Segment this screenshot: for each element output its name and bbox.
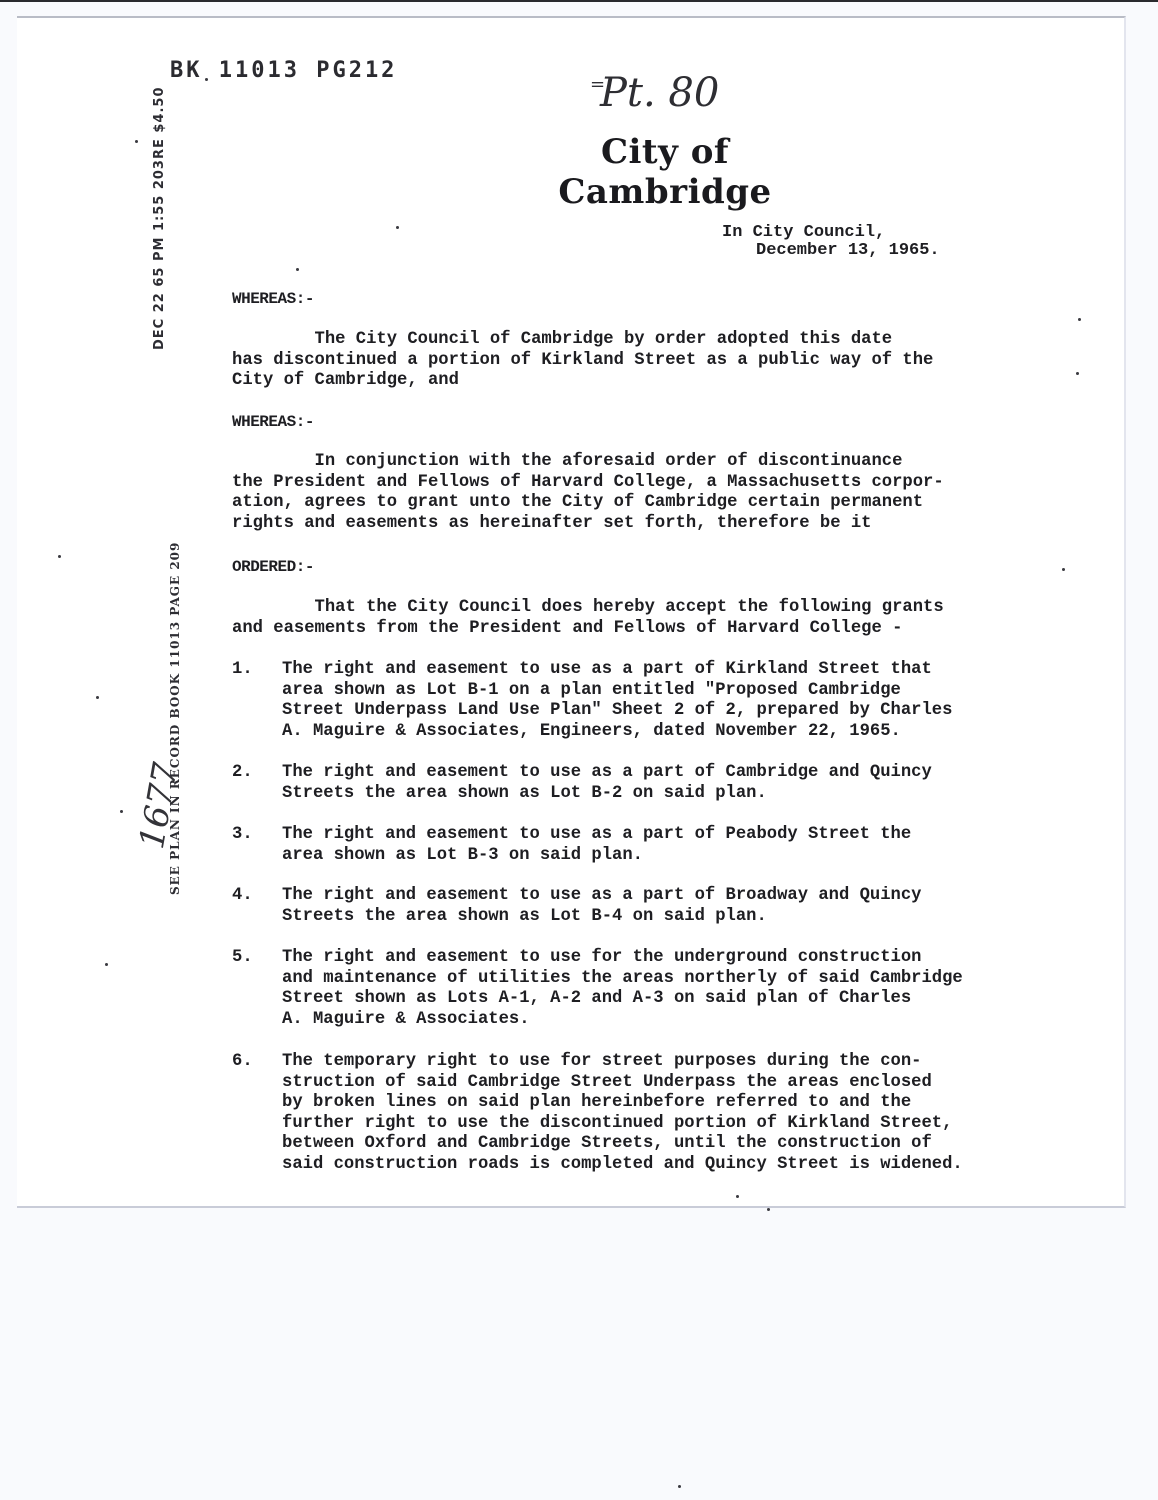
section-heading-whereas-1: WHEREAS:- <box>232 290 314 308</box>
scan-speck <box>120 810 123 813</box>
scan-speck <box>1062 568 1065 571</box>
scan-speck <box>135 140 138 143</box>
scan-speck <box>1076 372 1079 375</box>
section-body-ordered: That the City Council does hereby accept… <box>232 598 1082 639</box>
list-item-text: The right and easement to use as a part … <box>282 660 952 742</box>
handwritten-dash: = <box>590 74 605 95</box>
section-body-whereas-1: The City Council of Cambridge by order a… <box>232 330 1082 392</box>
section-heading-whereas-2: WHEREAS:- <box>232 413 314 431</box>
list-item-number: 3. <box>232 825 253 846</box>
list-item-number: 2. <box>232 763 253 784</box>
recorded-date-stamp: DEC 22 65 PM 1:55 203RE $4.50 <box>152 87 167 351</box>
council-date: In City Council, December 13, 1965. <box>722 224 940 260</box>
handwritten-annotation-text: Pt. 80 <box>600 70 719 116</box>
scan-speck <box>296 268 299 271</box>
scan-speck <box>205 78 208 81</box>
list-item-text: The right and easement to use as a part … <box>282 763 932 804</box>
scan-speck <box>736 1195 739 1198</box>
council-date-line2: December 13, 1965. <box>722 242 940 260</box>
scan-speck <box>105 963 108 966</box>
list-item-number: 6. <box>232 1052 253 1073</box>
letterhead-title: City of Cambridge <box>500 132 830 212</box>
scan-speck <box>767 1208 770 1211</box>
list-item-number: 1. <box>232 660 253 681</box>
list-item-text: The temporary right to use for street pu… <box>282 1052 963 1175</box>
scan-edge <box>0 0 1158 2</box>
handwritten-annotation: = Pt. 80 <box>600 70 719 116</box>
scan-speck <box>96 696 99 699</box>
section-body-whereas-2: In conjunction with the aforesaid order … <box>232 452 1082 534</box>
council-date-line1: In City Council, <box>722 224 940 242</box>
scan-speck <box>1078 318 1081 321</box>
scan-speck <box>58 555 61 558</box>
section-heading-ordered: ORDERED:- <box>232 558 314 576</box>
list-item-text: The right and easement to use for the un… <box>282 948 963 1030</box>
list-item-text: The right and easement to use as a part … <box>282 886 921 927</box>
list-item-number: 5. <box>232 948 253 969</box>
scan-speck <box>678 1485 681 1488</box>
scan-speck <box>396 226 399 229</box>
list-item-number: 4. <box>232 886 253 907</box>
list-item-text: The right and easement to use as a part … <box>282 825 911 866</box>
